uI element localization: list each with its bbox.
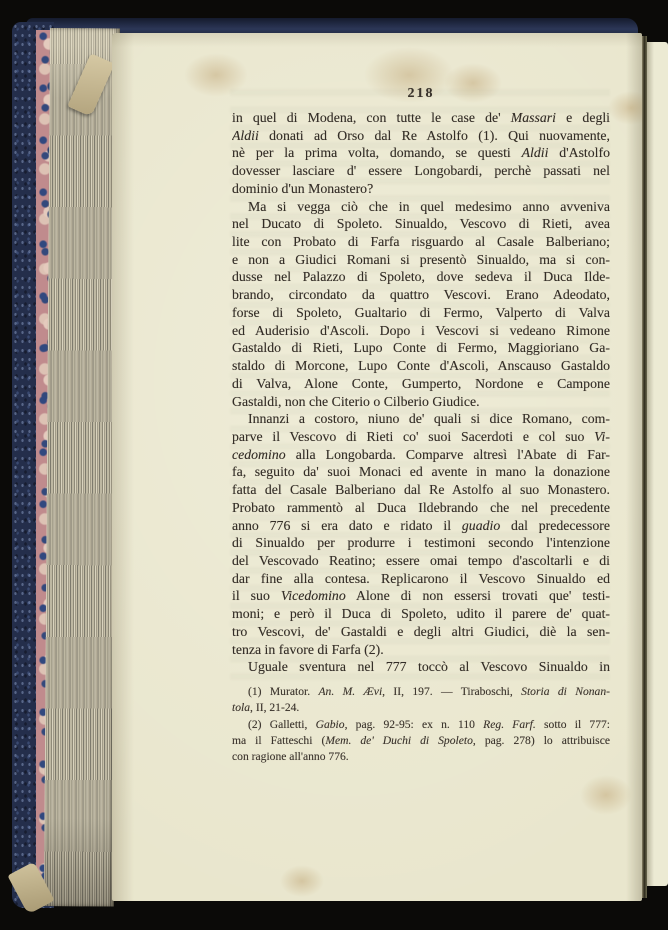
text-line: parve il Vescovo di Rieti co' suoi Sacer… (232, 428, 610, 446)
text-line: nè per la prima volta, domando, se quest… (232, 144, 610, 162)
text-line: Probato rammentò al Duca Ildebrando che … (232, 499, 610, 517)
text-line: dusse nel Palazzo di Spoleto, dove sedev… (232, 268, 610, 286)
text-line: tola, II, 21-24. (232, 700, 610, 716)
text-line: Innanzi a costoro, niuno de' quali si di… (232, 410, 610, 428)
text-line: e non a Giudici Romani si presentò Sinua… (232, 251, 610, 269)
footnotes: (1) Murator. An. M. Ævi, II, 197. — Tira… (232, 684, 610, 765)
text-line: tro Vescovi, de' Gastaldi e degli altri … (232, 623, 610, 641)
text-line: (1) Murator. An. M. Ævi, II, 197. — Tira… (232, 684, 610, 700)
book-photo: 218 in quel di Modena, con tutte le case… (0, 0, 668, 930)
text-line: moni; e però il Duca di Spoleto, udito i… (232, 605, 610, 623)
foxing-stain (580, 775, 632, 815)
page-edges-stack (44, 28, 120, 906)
text-line: Gastaldi, non che Citerio o Cilberio Giu… (232, 393, 610, 411)
text-line: dar fine alla contesa. Replicarono il Ve… (232, 570, 610, 588)
book-page: 218 in quel di Modena, con tutte le case… (112, 33, 642, 901)
text-line: Uguale sventura nel 777 toccò al Vescovo… (232, 658, 610, 676)
text-line: di Sinualdo per produrre i testimoni sec… (232, 534, 610, 552)
text-line: brando, circondato da quattro Vescovi. E… (232, 286, 610, 304)
text-line: il suo Vicedomino Alone di non essersi t… (232, 587, 610, 605)
text-line: con ragione all'anno 776. (232, 749, 610, 765)
text-line: dominio d'un Monastero? (232, 180, 610, 198)
text-line: ed Auderisio d'Ascoli. Dopo i Vescovi si… (232, 322, 610, 340)
text-line: staldo di Morcone, Lupo Conte d'Ascoli, … (232, 357, 610, 375)
text-line: cedomino alla Longobarda. Comparve altre… (232, 446, 610, 464)
text-line: lite con Probato di Farfa risguardo al C… (232, 233, 610, 251)
foxing-stain (280, 865, 324, 897)
text-line: anno 776 si era dato e ridato il guadio … (232, 517, 610, 535)
text-line: nel Ducato di Spoleto. Sinualdo, Vescovo… (232, 215, 610, 233)
text-line: fatta del Casale Balberiano dal Re Astol… (232, 481, 610, 499)
text-line: Ma si vegga ciò che in quel medesimo ann… (232, 198, 610, 216)
text-line: forse di Spoleto, Gualtario di Fermo, Va… (232, 304, 610, 322)
text-line: fa, seguito da' suoi Monaci ed avente in… (232, 463, 610, 481)
text-line: (2) Galletti, Gabio, pag. 92-95: ex n. 1… (232, 717, 610, 733)
body-text: in quel di Modena, con tutte le case de'… (232, 109, 610, 676)
text-line: in quel di Modena, con tutte le case de'… (232, 109, 610, 127)
text-line: dovesser lasciare d' essere Longobardi, … (232, 162, 610, 180)
text-line: Aldii donati ad Orso dal Re Astolfo (1).… (232, 127, 610, 145)
text-line: tenza in favore di Farfa (2). (232, 641, 610, 659)
text-line: ma il Fatteschi (Mem. de' Duchi di Spole… (232, 733, 610, 749)
facing-page-sliver (647, 42, 668, 886)
text-line: del Vescovado Reatino; essere omai tempo… (232, 552, 610, 570)
text-line: di Valva, Alone Conte, Gumperto, Nordone… (232, 375, 610, 393)
text-line: Gastaldo di Rieti, Lupo Conte di Fermo, … (232, 339, 610, 357)
page-number: 218 (232, 86, 610, 102)
